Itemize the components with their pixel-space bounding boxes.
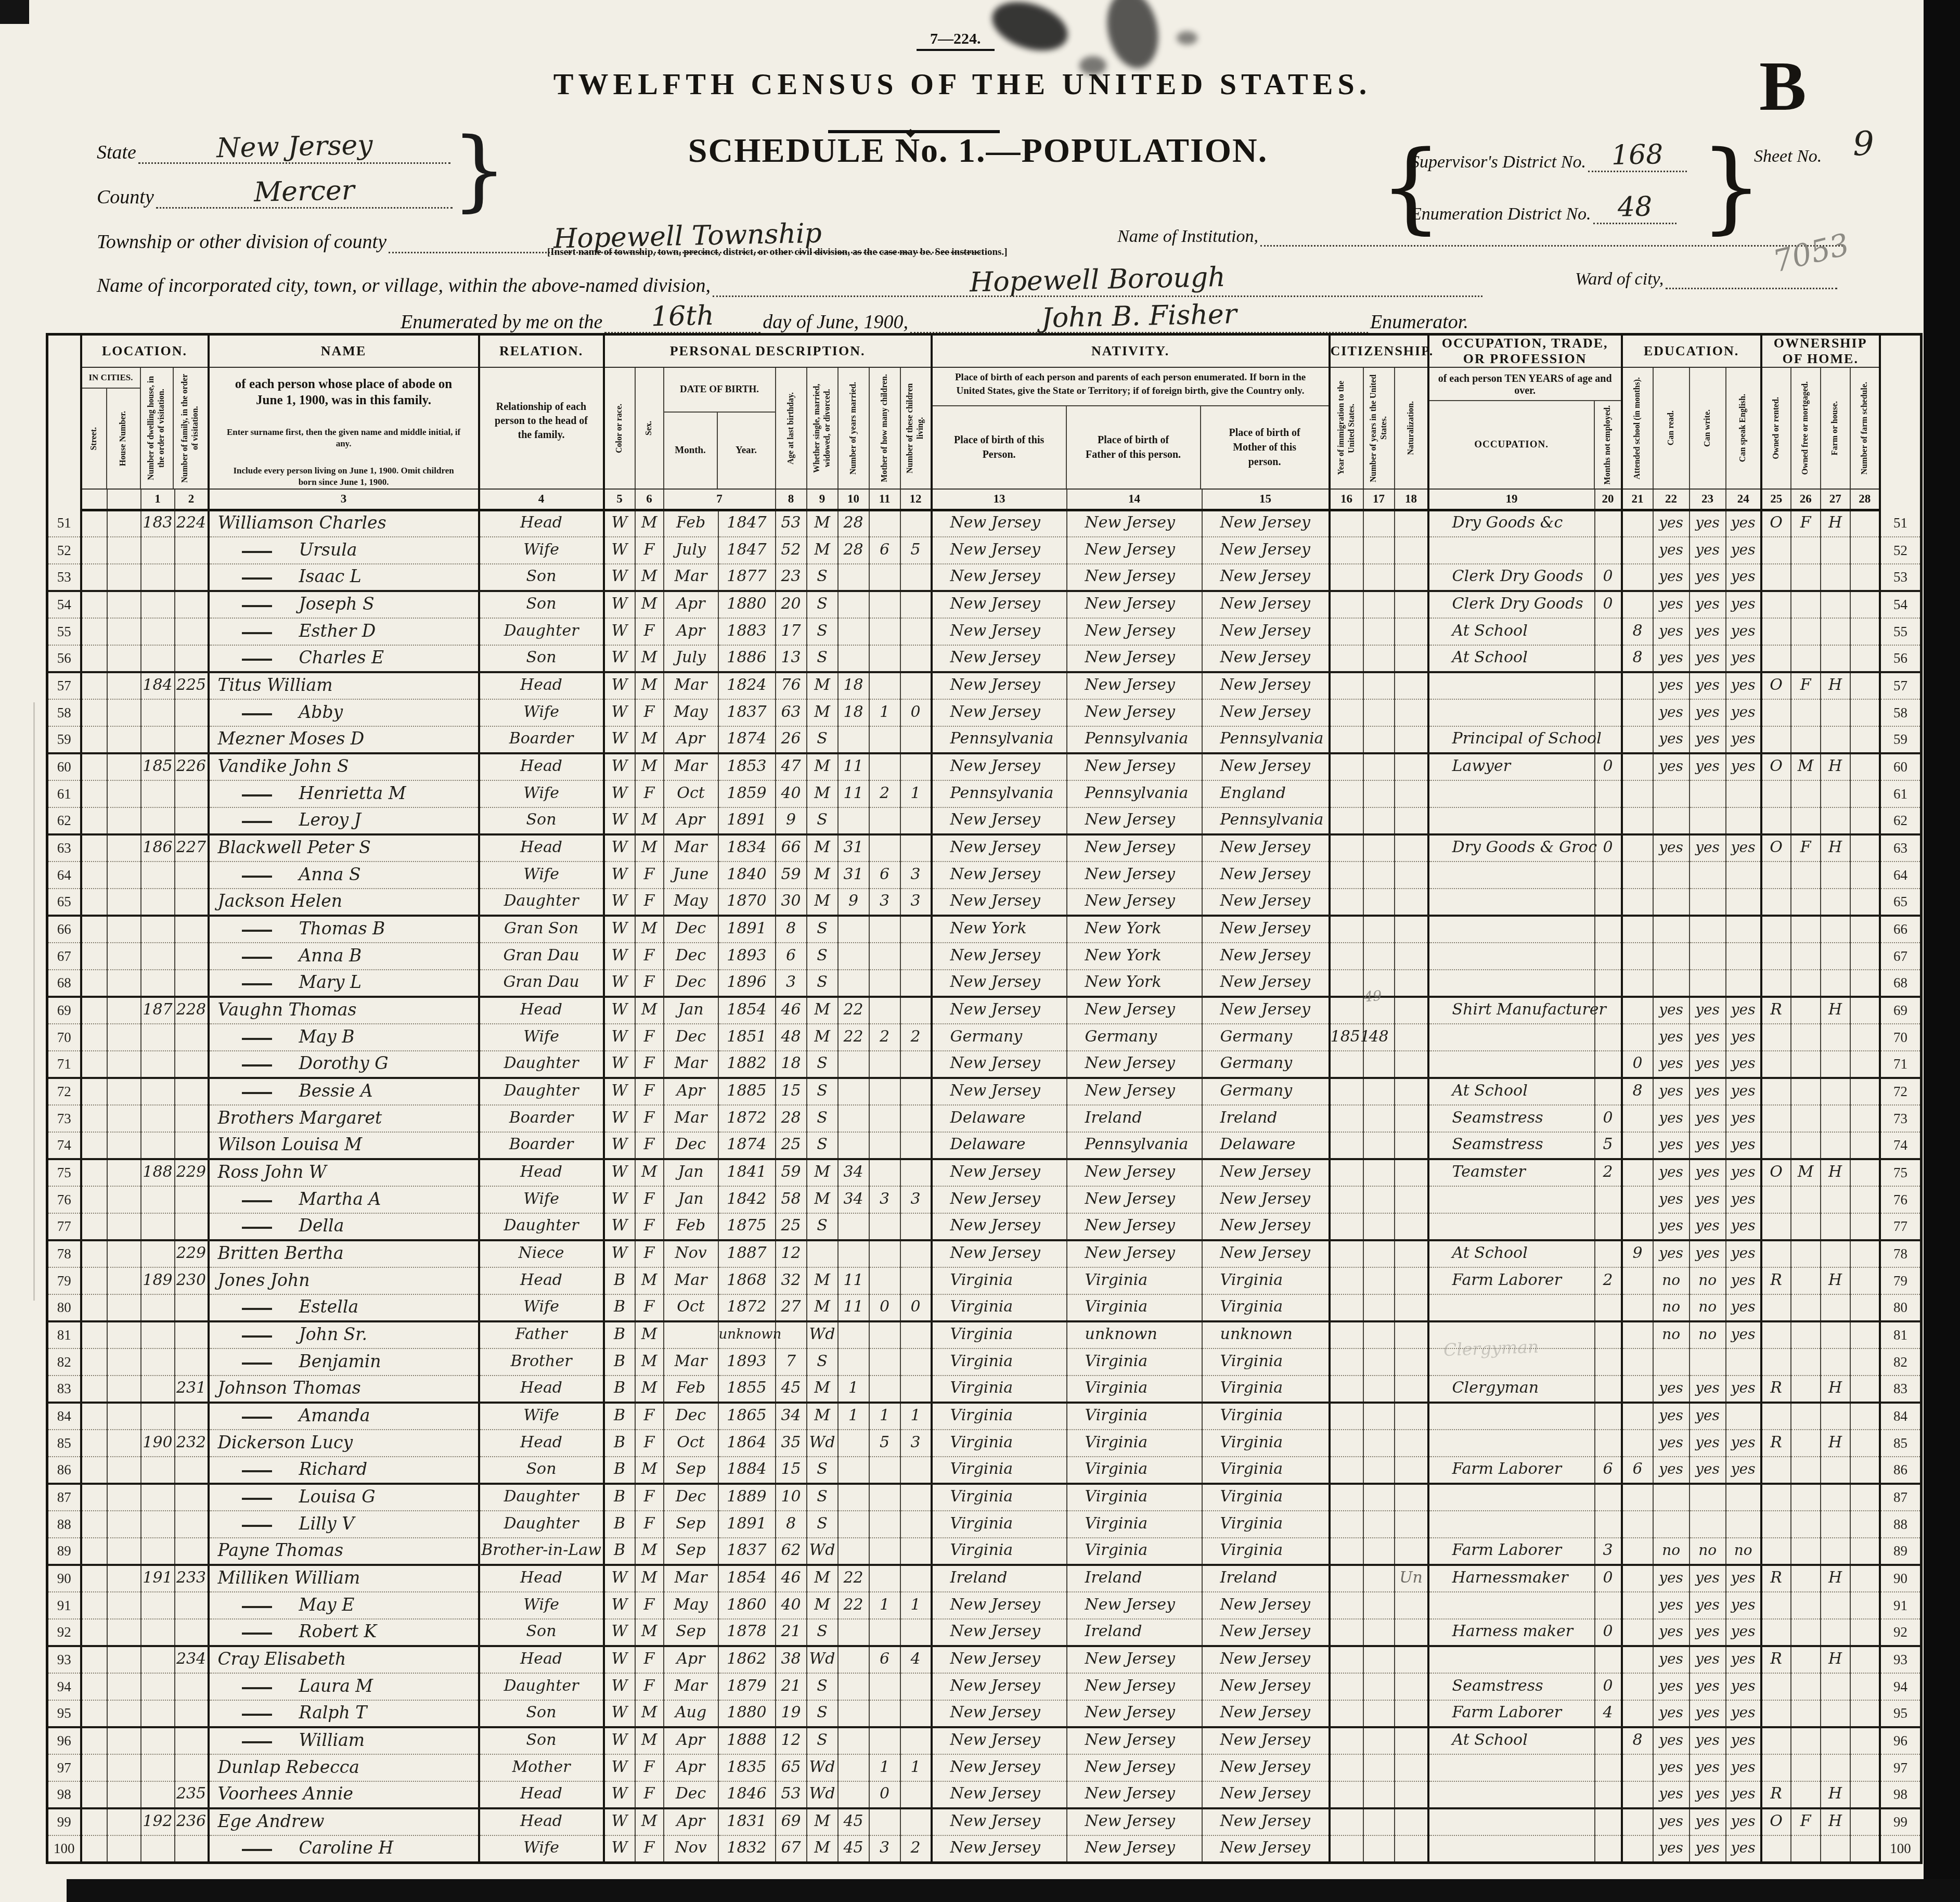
column-header-marital-status: Whether single, married, widowed, or div… <box>807 367 838 489</box>
cell-street <box>81 1186 107 1213</box>
cell-fsch <box>1850 1835 1880 1862</box>
cell-street <box>81 1132 107 1159</box>
cell-pm: Virginia <box>1202 1538 1330 1565</box>
cell-eng <box>1726 780 1761 807</box>
cell-dw <box>141 780 175 807</box>
cell-mort <box>1791 1727 1821 1754</box>
cell-sch <box>1622 1673 1653 1700</box>
cell-write: yes <box>1690 1835 1726 1862</box>
cell-read: yes <box>1653 1808 1690 1835</box>
cell-lv: 4 <box>900 1646 932 1673</box>
cell-pob: New Jersey <box>932 645 1067 672</box>
cell-eng: yes <box>1726 1781 1761 1808</box>
cell-fam <box>175 1754 209 1781</box>
cell-read: yes <box>1653 1105 1690 1132</box>
cell-write: yes <box>1690 645 1726 672</box>
person-name: Mezner Moses D <box>218 728 365 749</box>
ink-smudge <box>1177 31 1197 45</box>
line-number: 95 <box>47 1700 81 1727</box>
ditto-dash <box>242 1417 272 1419</box>
cell-mar: S <box>807 1673 838 1700</box>
cell-fam: 229 <box>175 1159 209 1186</box>
cell-pm: Virginia <box>1202 1376 1330 1403</box>
cell-mar: S <box>807 564 838 591</box>
cell-sex: F <box>635 699 664 726</box>
cell-mne <box>1595 1646 1622 1673</box>
cell-pf: New Jersey <box>1067 1213 1202 1240</box>
cell-pf: Germany <box>1067 1024 1202 1051</box>
cell-mort <box>1791 1565 1821 1592</box>
cell-imm <box>1330 1538 1363 1565</box>
cell-name: Benjamin <box>209 1348 479 1376</box>
person-name: May B <box>299 1026 355 1047</box>
cell-fsch <box>1850 1646 1880 1673</box>
person-name: Titus William <box>218 675 333 695</box>
cell-rel: Daughter <box>479 1511 604 1538</box>
cell-house <box>107 1592 141 1619</box>
cell-sex: F <box>635 1754 664 1781</box>
line-number: 67 <box>1880 943 1922 970</box>
cell-by: 1855 <box>718 1376 776 1403</box>
cell-pf: New Jersey <box>1067 753 1202 780</box>
cell-own <box>1761 1484 1791 1511</box>
cell-pob: New Jersey <box>932 1213 1067 1240</box>
cell-fsch <box>1850 672 1880 699</box>
cell-fam <box>175 591 209 618</box>
column-header-owned-or-rented: Owned or rented. <box>1761 367 1791 489</box>
line-number: 60 <box>47 753 81 780</box>
cell-read: yes <box>1653 1646 1690 1673</box>
cell-occ <box>1428 1430 1595 1457</box>
cell-ym: 45 <box>838 1808 869 1835</box>
cell-own: O <box>1761 753 1791 780</box>
cell-name: Esther D <box>209 618 479 645</box>
cell-write: yes <box>1690 699 1726 726</box>
line-number: 52 <box>47 537 81 564</box>
cell-own: R <box>1761 1376 1791 1403</box>
cell-occ: At School <box>1428 1240 1595 1267</box>
table-row: 88Lilly VDaughterBFSep18918SVirginiaVirg… <box>47 1511 1922 1538</box>
ditto-dash <box>242 1064 272 1066</box>
cell-mne <box>1595 1051 1622 1078</box>
column-header-naturalization: Naturalization. <box>1395 367 1428 489</box>
cell-mort <box>1791 1078 1821 1105</box>
cell-yus <box>1363 1835 1395 1862</box>
cell-eng <box>1726 889 1761 916</box>
cell-sex: M <box>635 1808 664 1835</box>
cell-farm <box>1821 591 1850 618</box>
cell-color: W <box>604 753 635 780</box>
cell-ym: 1 <box>838 1376 869 1403</box>
cell-sex: M <box>635 1565 664 1592</box>
cell-street <box>81 1348 107 1376</box>
column-number: 19 <box>1428 489 1595 510</box>
cell-lv <box>900 1132 932 1159</box>
cell-house <box>107 1835 141 1862</box>
cell-fsch <box>1850 970 1880 997</box>
cell-pf: Virginia <box>1067 1457 1202 1484</box>
cell-house <box>107 1078 141 1105</box>
cell-mar: M <box>807 537 838 564</box>
cell-pob: Delaware <box>932 1132 1067 1159</box>
cell-yus <box>1363 889 1395 916</box>
cell-imm <box>1330 1754 1363 1781</box>
person-name: Johnson Thomas <box>218 1378 361 1398</box>
cell-write: no <box>1690 1538 1726 1565</box>
cell-read: yes <box>1653 1078 1690 1105</box>
cell-fsch <box>1850 807 1880 834</box>
cell-farm <box>1821 1619 1850 1646</box>
cell-pob: Virginia <box>932 1321 1067 1348</box>
sheet-letter: B <box>1759 46 1807 127</box>
cell-write <box>1690 916 1726 943</box>
cell-fam: 231 <box>175 1376 209 1403</box>
cell-mne: 0 <box>1595 1565 1622 1592</box>
cell-pf: New Jersey <box>1067 1186 1202 1213</box>
enumeration-district-label: Enumeration District No. <box>1411 204 1591 224</box>
cell-by: 1854 <box>718 1565 776 1592</box>
cell-fsch <box>1850 1105 1880 1132</box>
state-line: State New Jersey <box>97 131 450 164</box>
cell-pf: New Jersey <box>1067 672 1202 699</box>
cell-bm: Dec <box>664 1132 718 1159</box>
cell-nat <box>1395 510 1428 537</box>
table-row: 61Henrietta MWifeWFOct185940M1121Pennsyl… <box>47 780 1922 807</box>
cell-color: W <box>604 1754 635 1781</box>
cell-own: R <box>1761 1565 1791 1592</box>
cell-name: Vandike John S <box>209 753 479 780</box>
person-name: Della <box>299 1215 344 1236</box>
pencil-annotation: Clergyman <box>1443 1336 1539 1360</box>
cell-imm <box>1330 943 1363 970</box>
cell-occ: Seamstress <box>1428 1673 1595 1700</box>
cell-color: W <box>604 1808 635 1835</box>
cell-sex: M <box>635 1376 664 1403</box>
person-name: Milliken William <box>218 1567 360 1588</box>
cell-sex: F <box>635 1592 664 1619</box>
cell-by: 1840 <box>718 862 776 889</box>
cell-age: 65 <box>776 1754 807 1781</box>
cell-nat <box>1395 1240 1428 1267</box>
cell-rel: Father <box>479 1321 604 1348</box>
cell-sch <box>1622 1835 1653 1862</box>
cell-mort <box>1791 1592 1821 1619</box>
cell-yus <box>1363 510 1395 537</box>
cell-mort <box>1791 1186 1821 1213</box>
cell-ym <box>838 916 869 943</box>
cell-rel: Head <box>479 1159 604 1186</box>
cell-own <box>1761 1348 1791 1376</box>
cell-pf: Virginia <box>1067 1267 1202 1294</box>
cell-sex: M <box>635 1348 664 1376</box>
cell-imm <box>1330 726 1363 753</box>
column-number: 23 <box>1690 489 1726 510</box>
cell-mne: 2 <box>1595 1159 1622 1186</box>
cell-rel: Son <box>479 807 604 834</box>
cell-street <box>81 726 107 753</box>
cell-lv <box>900 618 932 645</box>
cell-rel: Head <box>479 753 604 780</box>
cell-name: May E <box>209 1592 479 1619</box>
cell-house <box>107 970 141 997</box>
cell-bm: July <box>664 645 718 672</box>
cell-pf: New Jersey <box>1067 1781 1202 1808</box>
table-row: 97Dunlap RebeccaMotherWFApr183565Wd11New… <box>47 1754 1922 1781</box>
cell-pob: New Jersey <box>932 1051 1067 1078</box>
cell-yus <box>1363 699 1395 726</box>
cell-pob: Virginia <box>932 1294 1067 1321</box>
cell-mar: S <box>807 1078 838 1105</box>
cell-pob: New Jersey <box>932 943 1067 970</box>
cell-mar: M <box>807 510 838 537</box>
cell-nat <box>1395 618 1428 645</box>
cell-yus <box>1363 1592 1395 1619</box>
cell-read: yes <box>1653 564 1690 591</box>
cell-pm: Ireland <box>1202 1105 1330 1132</box>
cell-house <box>107 1538 141 1565</box>
cell-dw <box>141 862 175 889</box>
cell-bm: Oct <box>664 780 718 807</box>
cell-pm: Virginia <box>1202 1294 1330 1321</box>
cell-bm: Dec <box>664 916 718 943</box>
cell-sch <box>1622 997 1653 1024</box>
cell-pob: New Jersey <box>932 1700 1067 1727</box>
cell-nat <box>1395 943 1428 970</box>
line-number: 65 <box>47 889 81 916</box>
cell-own <box>1761 889 1791 916</box>
person-name: Jones John <box>218 1270 310 1290</box>
cell-ym <box>838 1754 869 1781</box>
cell-own: O <box>1761 1808 1791 1835</box>
cell-eng: yes <box>1726 1321 1761 1348</box>
table-row: 81John Sr.FatherBMunknownWdVirginiaunkno… <box>47 1321 1922 1348</box>
cell-street <box>81 699 107 726</box>
cell-imm <box>1330 862 1363 889</box>
cell-dw <box>141 564 175 591</box>
cell-sch <box>1622 1105 1653 1132</box>
cell-mort <box>1791 1457 1821 1484</box>
cell-mar: M <box>807 753 838 780</box>
cell-age: 48 <box>776 1024 807 1051</box>
cell-mo <box>869 1132 900 1159</box>
cell-fsch <box>1850 1457 1880 1484</box>
cell-fam <box>175 645 209 672</box>
cell-sch: 0 <box>1622 1051 1653 1078</box>
cell-mo <box>869 916 900 943</box>
cell-house <box>107 1159 141 1186</box>
cell-age: 27 <box>776 1294 807 1321</box>
cell-mar: S <box>807 1727 838 1754</box>
cell-lv <box>900 916 932 943</box>
cell-rel: Gran Dau <box>479 970 604 997</box>
cell-fam <box>175 1727 209 1754</box>
cell-pm: New Jersey <box>1202 1754 1330 1781</box>
column-number: 22 <box>1653 489 1690 510</box>
cell-imm <box>1330 1105 1363 1132</box>
cell-write <box>1690 780 1726 807</box>
cell-street <box>81 997 107 1024</box>
cell-name: Bessie A <box>209 1078 479 1105</box>
cell-house <box>107 1808 141 1835</box>
cell-eng <box>1726 1348 1761 1376</box>
cell-name: Britten Bertha <box>209 1240 479 1267</box>
cell-mort <box>1791 970 1821 997</box>
ditto-dash <box>242 930 272 932</box>
cell-occ <box>1428 1808 1595 1835</box>
cell-pm: New Jersey <box>1202 1213 1330 1240</box>
cell-rel: Mother <box>479 1754 604 1781</box>
cell-name: Mezner Moses D <box>209 726 479 753</box>
cell-own <box>1761 862 1791 889</box>
cell-write <box>1690 1511 1726 1538</box>
cell-mar: S <box>807 1457 838 1484</box>
column-header-row: IN CITIES. Street. House Number. Number … <box>47 367 1922 489</box>
cell-lv: 5 <box>900 537 932 564</box>
cell-pf: Virginia <box>1067 1538 1202 1565</box>
cell-read: yes <box>1653 1700 1690 1727</box>
cell-dw <box>141 1024 175 1051</box>
cell-fsch <box>1850 1240 1880 1267</box>
cell-sch <box>1622 1430 1653 1457</box>
line-number: 92 <box>1880 1619 1922 1646</box>
cell-mo: 2 <box>869 780 900 807</box>
cell-name: Brothers Margaret <box>209 1105 479 1132</box>
cell-imm <box>1330 645 1363 672</box>
cell-farm: H <box>1821 834 1850 862</box>
cell-fsch <box>1850 510 1880 537</box>
cell-write <box>1690 970 1726 997</box>
table-row: 93234Cray ElisabethHeadWFApr186238Wd64Ne… <box>47 1646 1922 1673</box>
cell-pm: New Jersey <box>1202 1835 1330 1862</box>
cell-mar: Wd <box>807 1754 838 1781</box>
line-number: 86 <box>47 1457 81 1484</box>
cell-rel: Daughter <box>479 1078 604 1105</box>
cell-house <box>107 1132 141 1159</box>
cell-dw <box>141 1078 175 1105</box>
column-number: 8 <box>776 489 807 510</box>
line-number: 97 <box>1880 1754 1922 1781</box>
cell-yus <box>1363 618 1395 645</box>
column-header-date-of-birth: DATE OF BIRTH. Month. Year. <box>664 367 776 489</box>
cell-bm: Sep <box>664 1619 718 1646</box>
cell-sex: F <box>635 618 664 645</box>
cell-sch <box>1622 1484 1653 1511</box>
cell-pob: New Jersey <box>932 1646 1067 1673</box>
cell-sch <box>1622 1403 1653 1430</box>
column-header-months-not-employed: Months not employed. <box>1595 401 1621 489</box>
cell-mo: 2 <box>869 1024 900 1051</box>
cell-sex: F <box>635 1835 664 1862</box>
paper-crease <box>33 702 35 1301</box>
cell-nat <box>1395 1727 1428 1754</box>
cell-pf: New Jersey <box>1067 1240 1202 1267</box>
cell-bm: Mar <box>664 1673 718 1700</box>
cell-ym: 11 <box>838 780 869 807</box>
cell-mne <box>1595 1376 1622 1403</box>
person-name: Charles E <box>299 647 384 667</box>
cell-mne: 0 <box>1595 1673 1622 1700</box>
cell-read: yes <box>1653 1186 1690 1213</box>
cell-own <box>1761 645 1791 672</box>
cell-bm: Apr <box>664 1078 718 1105</box>
cell-house <box>107 672 141 699</box>
cell-name: Ross John W <box>209 1159 479 1186</box>
cell-pm: New Jersey <box>1202 753 1330 780</box>
cell-farm <box>1821 862 1850 889</box>
cell-read: yes <box>1653 1159 1690 1186</box>
cell-mar: M <box>807 1376 838 1403</box>
cell-fam: 224 <box>175 510 209 537</box>
cell-mort <box>1791 1213 1821 1240</box>
line-number: 70 <box>47 1024 81 1051</box>
cell-color: B <box>604 1538 635 1565</box>
cell-mort: F <box>1791 1808 1821 1835</box>
cell-color: W <box>604 780 635 807</box>
cell-mne <box>1595 1592 1622 1619</box>
cell-farm: H <box>1821 672 1850 699</box>
cell-by: 1875 <box>718 1213 776 1240</box>
cell-mo <box>869 943 900 970</box>
column-number: 9 <box>807 489 838 510</box>
group-personal-description: PERSONAL DESCRIPTION. <box>604 335 932 368</box>
cell-mar: S <box>807 1105 838 1132</box>
cell-house <box>107 1781 141 1808</box>
ditto-dash <box>242 1335 272 1338</box>
cell-fam: 228 <box>175 997 209 1024</box>
cell-street <box>81 862 107 889</box>
cell-own: R <box>1761 1781 1791 1808</box>
scan-black-band-right <box>1924 0 1960 1902</box>
cell-pm: England <box>1202 780 1330 807</box>
cell-age: 25 <box>776 1213 807 1240</box>
cell-bm: Mar <box>664 1565 718 1592</box>
cell-sex: F <box>635 1403 664 1430</box>
cell-dw <box>141 537 175 564</box>
cell-lv: 0 <box>900 1294 932 1321</box>
ditto-dash <box>242 1741 272 1743</box>
cell-mort <box>1791 1267 1821 1294</box>
cell-farm <box>1821 1592 1850 1619</box>
line-number: 83 <box>47 1376 81 1403</box>
cell-occ <box>1428 970 1595 997</box>
cell-age: 3 <box>776 970 807 997</box>
cell-eng: yes <box>1726 1132 1761 1159</box>
cell-pob: New Jersey <box>932 807 1067 834</box>
cell-yus <box>1363 916 1395 943</box>
cell-imm <box>1330 970 1363 997</box>
cell-farm: H <box>1821 753 1850 780</box>
cell-sch <box>1622 807 1653 834</box>
cell-lv <box>900 1159 932 1186</box>
cell-farm: H <box>1821 510 1850 537</box>
line-number: 96 <box>47 1727 81 1754</box>
form-number: 7—224. <box>917 30 995 51</box>
cell-nat <box>1395 834 1428 862</box>
cell-fsch <box>1850 726 1880 753</box>
cell-name: Ralph T <box>209 1700 479 1727</box>
cell-sex: M <box>635 1619 664 1646</box>
column-header-occupation: OCCUPATION. <box>1429 401 1595 489</box>
cell-mo <box>869 1808 900 1835</box>
cell-write: yes <box>1690 1700 1726 1727</box>
cell-imm <box>1330 1646 1363 1673</box>
cell-sex: F <box>635 1132 664 1159</box>
cell-read: yes <box>1653 591 1690 618</box>
cell-mar: S <box>807 1700 838 1727</box>
city-line: Name of incorporated city, town, or vill… <box>97 264 1482 297</box>
cell-house <box>107 780 141 807</box>
cell-by: 1872 <box>718 1294 776 1321</box>
